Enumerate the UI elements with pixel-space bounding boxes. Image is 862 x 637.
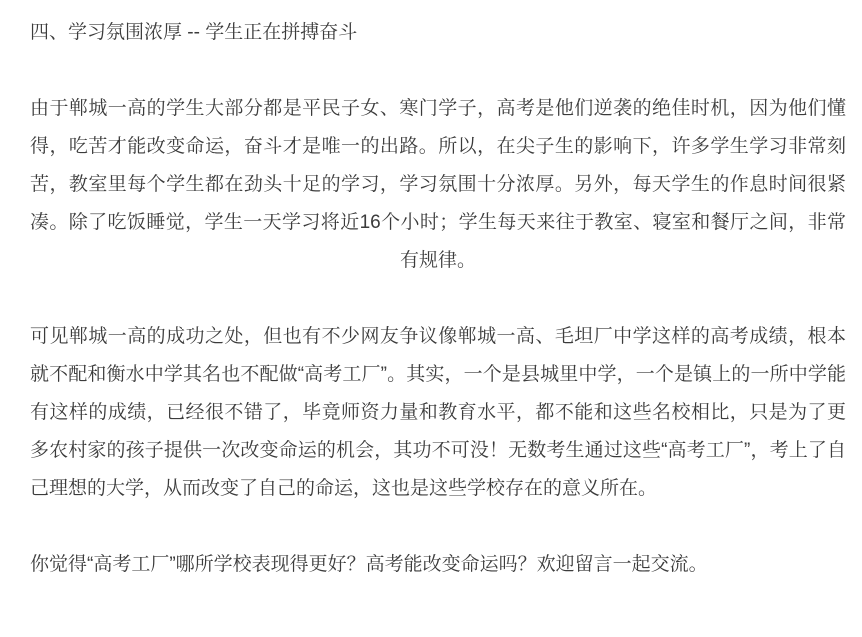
article-heading: 四、学习氛围浓厚 -- 学生正在拼搏奋斗 (30, 14, 846, 52)
article-body: 四、学习氛围浓厚 -- 学生正在拼搏奋斗 由于郸城一高的学生大部分都是平民子女、… (0, 0, 862, 584)
article-paragraph: 可见郸城一高的成功之处，但也有不少网友争议像郸城一高、毛坦厂中学这样的高考成绩，… (30, 318, 846, 508)
article-paragraph: 由于郸城一高的学生大部分都是平民子女、寒门学子，高考是他们逆袭的绝佳时机，因为他… (30, 90, 846, 280)
article-paragraph: 你觉得“高考工厂”哪所学校表现得更好？高考能改变命运吗？欢迎留言一起交流。 (30, 546, 846, 584)
